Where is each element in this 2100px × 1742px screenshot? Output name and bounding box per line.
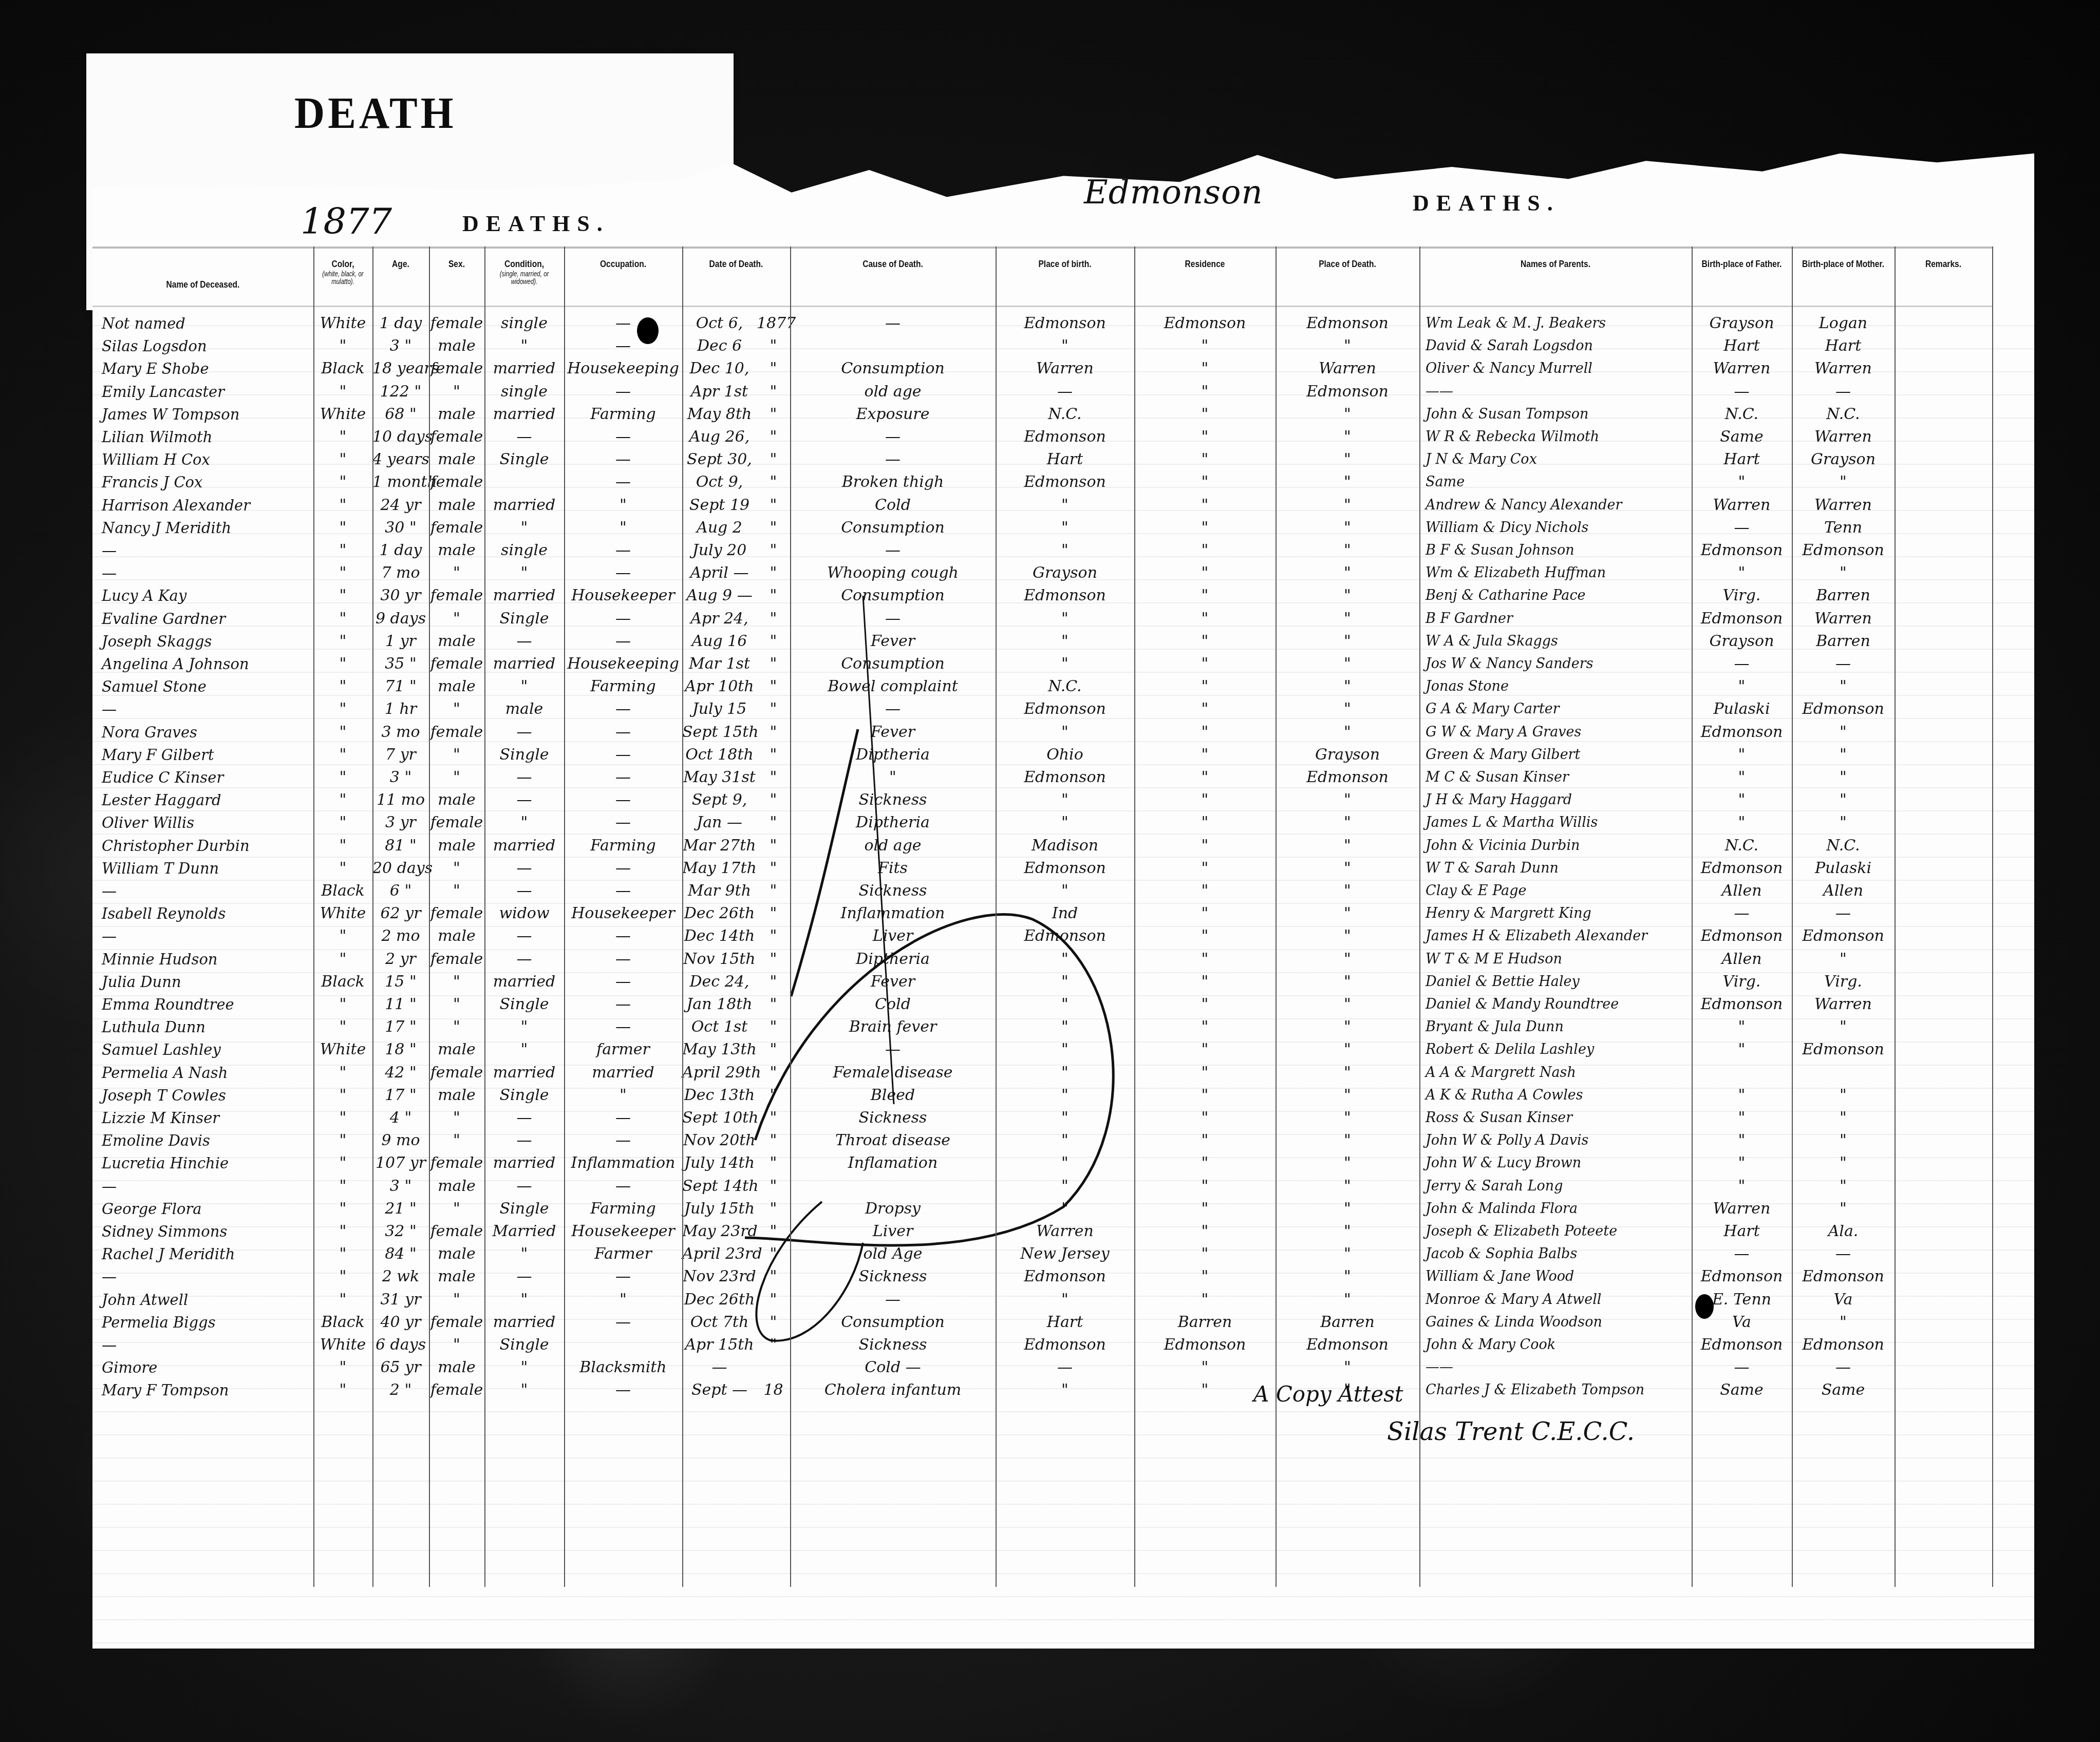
table-row: Not namedWhite1 dayfemalesingle—Oct 6,18…	[92, 312, 1993, 335]
cell-age: 30 yr	[372, 584, 429, 607]
cell-age: 31 yr	[372, 1289, 429, 1311]
cell-year: "	[757, 925, 790, 948]
cell-father-birthplace: "	[1692, 766, 1792, 789]
cell-sex: "	[429, 1107, 484, 1129]
cell-father-birthplace: "	[1692, 562, 1792, 584]
cell-condition: "	[484, 675, 564, 698]
column-header-label: Place of Death.	[1319, 259, 1376, 270]
cell-occupation: "	[564, 517, 682, 539]
cell-color: White	[313, 312, 372, 335]
column-divider	[429, 247, 430, 1587]
cell-remarks	[1895, 1084, 1992, 1107]
cell-occupation: —	[564, 1016, 682, 1038]
table-row: Joseph Skaggs"1 yrmale——Aug 16"Fever"""W…	[92, 630, 1993, 653]
column-header-label: Sex.	[448, 259, 465, 270]
cell-death-place: Grayson	[1276, 744, 1419, 766]
cell-sex: female	[429, 357, 484, 380]
column-header-label: Color,	[331, 259, 354, 270]
cell-sex: "	[429, 1129, 484, 1152]
cell-condition: "	[484, 1289, 564, 1311]
cell-age: 2 wk	[372, 1265, 429, 1288]
cell-date: Jan —	[682, 811, 757, 834]
cell-name: —	[102, 880, 312, 902]
cell-death-place: "	[1276, 835, 1419, 857]
cell-name: Emma Roundtree	[102, 993, 312, 1016]
cell-age: 42 "	[372, 1062, 429, 1084]
cell-cause: —	[790, 1038, 996, 1061]
table-row: Rachel J Meridith"84 "male"FarmerApril 2…	[92, 1243, 1993, 1265]
cell-color: Black	[313, 880, 372, 902]
cell-age: 81 "	[372, 835, 429, 857]
cell-occupation: —	[564, 1107, 682, 1129]
cell-year: "	[757, 1038, 790, 1061]
cell-age: 18 years	[372, 357, 429, 380]
cell-death-place: "	[1276, 584, 1419, 607]
cell-father-birthplace: —	[1692, 517, 1792, 539]
column-divider	[372, 247, 373, 1587]
cell-father-birthplace: Same	[1692, 1379, 1792, 1402]
cell-residence: "	[1134, 925, 1276, 948]
cell-condition: married	[484, 1062, 564, 1084]
table-row: Mary E ShobeBlack18 yearsfemalemarriedHo…	[92, 357, 1993, 380]
cell-birthplace: "	[996, 1084, 1134, 1107]
cell-age: 9 mo	[372, 1129, 429, 1152]
header-rule	[92, 247, 1993, 249]
cell-remarks	[1895, 1175, 1992, 1198]
cell-cause: Sickness	[790, 1265, 996, 1288]
cell-residence: "	[1134, 494, 1276, 517]
cell-color: "	[313, 448, 372, 471]
cell-sex: "	[429, 993, 484, 1016]
cell-remarks	[1895, 494, 1992, 517]
cell-name: Christopher Durbin	[102, 835, 312, 857]
column-header-sex: Sex.	[434, 259, 480, 270]
cell-residence: Edmonson	[1134, 1334, 1276, 1356]
cell-birthplace: "	[996, 539, 1134, 562]
cell-remarks	[1895, 744, 1992, 766]
cell-mother-birthplace: —	[1792, 653, 1895, 675]
cell-birthplace: "	[996, 1062, 1134, 1084]
cell-mother-birthplace: Warren	[1792, 494, 1895, 517]
cell-date: May 13th	[682, 1038, 757, 1061]
cell-residence: "	[1134, 584, 1276, 607]
column-divider	[1134, 247, 1135, 1587]
cell-birthplace: "	[996, 1152, 1134, 1175]
table-row: William H Cox"4 yearsmaleSingle—Sept 30,…	[92, 448, 1993, 471]
cell-age: 1 day	[372, 312, 429, 335]
cell-residence: "	[1134, 1038, 1276, 1061]
cell-mother-birthplace: Ala.	[1792, 1220, 1895, 1243]
cell-color: "	[313, 721, 372, 744]
cell-mother-birthplace: "	[1792, 1107, 1895, 1129]
cell-residence: "	[1134, 1198, 1276, 1220]
cell-year: "	[757, 857, 790, 880]
cell-cause: old Age	[790, 1243, 996, 1265]
cell-death-place: "	[1276, 448, 1419, 471]
table-row: Gimore"65 yrmale"Blacksmith—Cold ——""———…	[92, 1356, 1993, 1379]
cell-father-birthplace: "	[1692, 1107, 1792, 1129]
cell-parents: Ross & Susan Kinser	[1426, 1107, 1688, 1129]
cell-sex: male	[429, 1038, 484, 1061]
cell-parents: G W & Mary A Graves	[1426, 721, 1688, 744]
cell-death-place: Edmonson	[1276, 381, 1419, 403]
cell-occupation: —	[564, 471, 682, 494]
cell-color: White	[313, 902, 372, 925]
cell-death-place: "	[1276, 811, 1419, 834]
cell-name: —	[102, 1175, 312, 1198]
cell-year: "	[757, 811, 790, 834]
cell-color: "	[313, 835, 372, 857]
cell-birthplace: —	[996, 1356, 1134, 1379]
cell-death-place: "	[1276, 880, 1419, 902]
cell-father-birthplace: Allen	[1692, 948, 1792, 971]
cell-age: 40 yr	[372, 1311, 429, 1334]
cell-parents: John & Vicinia Durbin	[1426, 835, 1688, 857]
cell-sex: male	[429, 494, 484, 517]
clerk-signature: Silas Trent C.E.C.C.	[1387, 1417, 1635, 1446]
table-row: George Flora"21 ""SingleFarmingJuly 15th…	[92, 1198, 1993, 1220]
cell-year: "	[757, 766, 790, 789]
cell-birthplace: "	[996, 1107, 1134, 1129]
cell-name: Lilian Wilmoth	[102, 426, 312, 448]
cell-sex: male	[429, 1084, 484, 1107]
cell-year: "	[757, 539, 790, 562]
cell-date: Apr 24,	[682, 608, 757, 630]
cell-sex: female	[429, 1311, 484, 1334]
cell-age: 7 mo	[372, 562, 429, 584]
table-row: Mary F Gilbert"7 yr"Single—Oct 18th"Dipt…	[92, 744, 1993, 766]
table-row: —"1 hr"male—July 15"—Edmonson""G A & Mar…	[92, 698, 1993, 721]
cell-occupation: —	[564, 698, 682, 721]
cell-birthplace: "	[996, 1016, 1134, 1038]
cell-date: Dec 13th	[682, 1084, 757, 1107]
cell-occupation: Housekeeper	[564, 902, 682, 925]
cell-father-birthplace: —	[1692, 1356, 1792, 1379]
cell-birthplace: N.C.	[996, 675, 1134, 698]
cell-death-place: "	[1276, 403, 1419, 426]
cell-occupation: —	[564, 335, 682, 357]
cell-parents: Charles J & Elizabeth Tompson	[1426, 1379, 1688, 1402]
cell-mother-birthplace: "	[1792, 1152, 1895, 1175]
cell-death-place: "	[1276, 517, 1419, 539]
cell-parents: John W & Lucy Brown	[1426, 1152, 1688, 1175]
cell-name: Minnie Hudson	[102, 948, 312, 971]
cell-remarks	[1895, 584, 1992, 607]
cell-year: "	[757, 1198, 790, 1220]
cell-residence: "	[1134, 835, 1276, 857]
table-row: Lizzie M Kinser"4 ""——Sept 10th"Sickness…	[92, 1107, 1993, 1129]
table-row: Angelina A Johnson"35 "femalemarriedHous…	[92, 653, 1993, 675]
cell-cause: Sickness	[790, 1107, 996, 1129]
cell-birthplace: Hart	[996, 448, 1134, 471]
cell-name: —	[102, 539, 312, 562]
cell-birthplace: Grayson	[996, 562, 1134, 584]
cell-father-birthplace: "	[1692, 1038, 1792, 1061]
cell-condition: —	[484, 630, 564, 653]
ink-blot	[637, 317, 659, 344]
cell-name: Not named	[102, 312, 312, 335]
cell-mother-birthplace: Allen	[1792, 880, 1895, 902]
cell-parents: Jos W & Nancy Sanders	[1426, 653, 1688, 675]
cell-death-place: "	[1276, 925, 1419, 948]
cell-sex: "	[429, 744, 484, 766]
cell-year: 18	[757, 1379, 790, 1402]
cell-condition: married	[484, 1152, 564, 1175]
cell-condition: widow	[484, 902, 564, 925]
cell-birthplace: "	[996, 517, 1134, 539]
cell-remarks	[1895, 1198, 1992, 1220]
ink-blot	[1695, 1294, 1714, 1319]
column-header-note: (single, married, or widowed).	[492, 270, 557, 286]
cell-cause: Fever	[790, 971, 996, 993]
cell-mother-birthplace: "	[1792, 562, 1895, 584]
cell-condition: "	[484, 811, 564, 834]
cell-cause	[790, 1175, 996, 1198]
cell-cause: Consumption	[790, 653, 996, 675]
cell-cause: Throat disease	[790, 1129, 996, 1152]
cell-year: "	[757, 1243, 790, 1265]
cell-age: 3 "	[372, 335, 429, 357]
cell-name: Lester Haggard	[102, 789, 312, 811]
cell-date: Apr 1st	[682, 381, 757, 403]
cell-condition: "	[484, 562, 564, 584]
cell-color: "	[313, 993, 372, 1016]
column-header-note: (white, black, or mulatto).	[318, 270, 367, 286]
cell-year: "	[757, 1107, 790, 1129]
cell-year: "	[757, 630, 790, 653]
cell-birthplace: "	[996, 721, 1134, 744]
table-row: —"2 momale——Dec 14th"LiverEdmonson""Jame…	[92, 925, 1993, 948]
cell-color: "	[313, 789, 372, 811]
cell-date: Jan 18th	[682, 993, 757, 1016]
table-row: Nora Graves"3 mofemale——Sept 15th"Fever"…	[92, 721, 1993, 744]
cell-age: 65 yr	[372, 1356, 429, 1379]
cell-parents: John & Malinda Flora	[1426, 1198, 1688, 1220]
column-divider	[996, 247, 997, 1587]
cell-parents: Oliver & Nancy Murrell	[1426, 357, 1688, 380]
cell-remarks	[1895, 698, 1992, 721]
cell-mother-birthplace: Pulaski	[1792, 857, 1895, 880]
cell-sex: "	[429, 766, 484, 789]
cell-sex: male	[429, 835, 484, 857]
cell-mother-birthplace: "	[1792, 789, 1895, 811]
cell-color: "	[313, 1084, 372, 1107]
cell-mother-birthplace: "	[1792, 471, 1895, 494]
cell-color: "	[313, 811, 372, 834]
cell-remarks	[1895, 426, 1992, 448]
cell-mother-birthplace: "	[1792, 1129, 1895, 1152]
cell-remarks	[1895, 335, 1992, 357]
cell-residence: "	[1134, 1175, 1276, 1198]
cell-residence: "	[1134, 357, 1276, 380]
cell-age: 35 "	[372, 653, 429, 675]
table-row: —"3 "male——Sept 14th""""Jerry & Sarah Lo…	[92, 1175, 1993, 1198]
cell-cause: —	[790, 1289, 996, 1311]
cell-sex: "	[429, 562, 484, 584]
table-row: —"1 daymalesingle—July 20"—"""B F & Susa…	[92, 539, 1993, 562]
table-row: Sidney Simmons"32 "femaleMarriedHousekee…	[92, 1220, 1993, 1243]
cell-age: 3 "	[372, 766, 429, 789]
cell-father-birthplace: Edmonson	[1692, 1334, 1792, 1356]
cell-birthplace: Warren	[996, 1220, 1134, 1243]
cell-father-birthplace: "	[1692, 1129, 1792, 1152]
cell-year: "	[757, 335, 790, 357]
cell-age: 11 "	[372, 993, 429, 1016]
table-row: Emoline Davis"9 mo"——Nov 20th"Throat dis…	[92, 1129, 1993, 1152]
cell-year: "	[757, 1220, 790, 1243]
cell-residence: "	[1134, 857, 1276, 880]
cell-mother-birthplace: Edmonson	[1792, 1265, 1895, 1288]
cell-name: George Flora	[102, 1198, 312, 1220]
column-header-label: Birth-place of Father.	[1702, 259, 1782, 270]
cell-occupation: Housekeeping	[564, 653, 682, 675]
cell-remarks	[1895, 381, 1992, 403]
cell-birthplace: —	[996, 381, 1134, 403]
cell-name: —	[102, 1265, 312, 1288]
cell-residence: "	[1134, 902, 1276, 925]
cell-birthplace: "	[996, 880, 1134, 902]
cell-name: Julia Dunn	[102, 971, 312, 993]
cell-residence: "	[1134, 1016, 1276, 1038]
cell-year: "	[757, 835, 790, 857]
cell-father-birthplace: —	[1692, 653, 1792, 675]
cell-occupation: —	[564, 539, 682, 562]
cell-occupation: —	[564, 1379, 682, 1402]
column-header-residence: Residence	[1147, 259, 1263, 270]
cell-color: "	[313, 539, 372, 562]
cell-name: —	[102, 1334, 312, 1356]
cell-color: "	[313, 744, 372, 766]
cell-condition: Single	[484, 1198, 564, 1220]
column-header-label: Age.	[392, 259, 409, 270]
cell-death-place: "	[1276, 335, 1419, 357]
cell-date: May 17th	[682, 857, 757, 880]
cell-sex: female	[429, 1152, 484, 1175]
cell-death-place: "	[1276, 971, 1419, 993]
cell-parents: J H & Mary Haggard	[1426, 789, 1688, 811]
cell-date: Dec 26th	[682, 902, 757, 925]
cell-parents: Jonas Stone	[1426, 675, 1688, 698]
cell-occupation: Housekeeper	[564, 1220, 682, 1243]
cell-date: Mar 1st	[682, 653, 757, 675]
cell-condition	[484, 471, 564, 494]
cell-age: 17 "	[372, 1016, 429, 1038]
cell-parents: Monroe & Mary A Atwell	[1426, 1289, 1688, 1311]
cell-cause: Exposure	[790, 403, 996, 426]
cell-parents: Green & Mary Gilbert	[1426, 744, 1688, 766]
column-header-birthplace: Place of birth.	[1008, 259, 1121, 270]
cell-name: Emoline Davis	[102, 1129, 312, 1152]
cell-remarks	[1895, 1289, 1992, 1311]
cell-name: James W Tompson	[102, 403, 312, 426]
cell-death-place: "	[1276, 1220, 1419, 1243]
cell-mother-birthplace: Va	[1792, 1289, 1895, 1311]
cell-date: April 23rd	[682, 1243, 757, 1265]
cell-date: Dec 26th	[682, 1289, 757, 1311]
cell-sex: "	[429, 880, 484, 902]
cell-year: "	[757, 1084, 790, 1107]
cell-father-birthplace: "	[1692, 1152, 1792, 1175]
cell-death-place: "	[1276, 1289, 1419, 1311]
cell-death-place: "	[1276, 653, 1419, 675]
cell-color: "	[313, 1152, 372, 1175]
cell-condition: single	[484, 312, 564, 335]
column-header-death-place: Place of Death.	[1288, 259, 1407, 270]
column-divider	[790, 247, 791, 1587]
cell-occupation: —	[564, 448, 682, 471]
cell-mother-birthplace: Virg.	[1792, 971, 1895, 993]
cell-cause: Broken thigh	[790, 471, 996, 494]
cell-remarks	[1895, 1265, 1992, 1288]
cell-occupation: —	[564, 426, 682, 448]
cell-occupation: —	[564, 948, 682, 971]
column-header-label: Birth-place of Mother.	[1802, 259, 1884, 270]
cell-occupation: —	[564, 971, 682, 993]
column-header-father-bp: Birth-place of Father.	[1701, 259, 1783, 270]
cell-mother-birthplace: Warren	[1792, 426, 1895, 448]
column-header-color: Color,(white, black, or mulatto).	[318, 259, 367, 286]
cell-name: Mary F Tompson	[102, 1379, 312, 1402]
cell-mother-birthplace: "	[1792, 1198, 1895, 1220]
cell-age: 30 "	[372, 517, 429, 539]
cell-name: Permelia A Nash	[102, 1062, 312, 1084]
cell-cause: Whooping cough	[790, 562, 996, 584]
table-row: William T Dunn"20 days"——May 17th"FitsEd…	[92, 857, 1993, 880]
cell-residence: "	[1134, 562, 1276, 584]
cell-cause: Fits	[790, 857, 996, 880]
cell-occupation: —	[564, 1175, 682, 1198]
cell-date: Sept 10th	[682, 1107, 757, 1129]
cell-residence: "	[1134, 653, 1276, 675]
column-header-date: Date of Death.	[692, 259, 780, 270]
cell-occupation: "	[564, 494, 682, 517]
table-row: Emma Roundtree"11 ""Single—Jan 18th"Cold…	[92, 993, 1993, 1016]
cell-age: 4 "	[372, 1107, 429, 1129]
table-row: —"7 mo""—April —"Whooping coughGrayson""…	[92, 562, 1993, 584]
cell-death-place: "	[1276, 1038, 1419, 1061]
cell-name: Permelia Biggs	[102, 1311, 312, 1334]
cell-death-place: Warren	[1276, 357, 1419, 380]
cell-color: "	[313, 1175, 372, 1198]
cell-sex: "	[429, 698, 484, 721]
cell-cause: Female disease	[790, 1062, 996, 1084]
cell-name: Angelina A Johnson	[102, 653, 312, 675]
cell-residence: "	[1134, 381, 1276, 403]
cell-sex: female	[429, 426, 484, 448]
cell-mother-birthplace: "	[1792, 811, 1895, 834]
cell-parents: M C & Susan Kinser	[1426, 766, 1688, 789]
cell-parents: James H & Elizabeth Alexander	[1426, 925, 1688, 948]
cell-death-place: Barren	[1276, 1311, 1419, 1334]
cell-condition: —	[484, 789, 564, 811]
cell-color: "	[313, 426, 372, 448]
cell-residence: "	[1134, 811, 1276, 834]
cell-condition: married	[484, 403, 564, 426]
cell-parents: Gaines & Linda Woodson	[1426, 1311, 1688, 1334]
cell-birthplace: Edmonson	[996, 426, 1134, 448]
death-register-sheet: 1877 DEATHS. Edmonson DEATHS. Name of De…	[92, 149, 2034, 1649]
cell-father-birthplace	[1692, 1062, 1792, 1084]
cell-occupation: —	[564, 1129, 682, 1152]
cell-age: 107 yr	[372, 1152, 429, 1175]
table-row: —White6 days"SingleApr 15th"SicknessEdmo…	[92, 1334, 1993, 1356]
cell-year: "	[757, 494, 790, 517]
cell-condition: —	[484, 1175, 564, 1198]
cell-residence: "	[1134, 1356, 1276, 1379]
table-row: Julia DunnBlack15 ""married—Dec 24,"Feve…	[92, 971, 1993, 993]
cell-mother-birthplace: —	[1792, 1356, 1895, 1379]
cell-age: 3 mo	[372, 721, 429, 744]
